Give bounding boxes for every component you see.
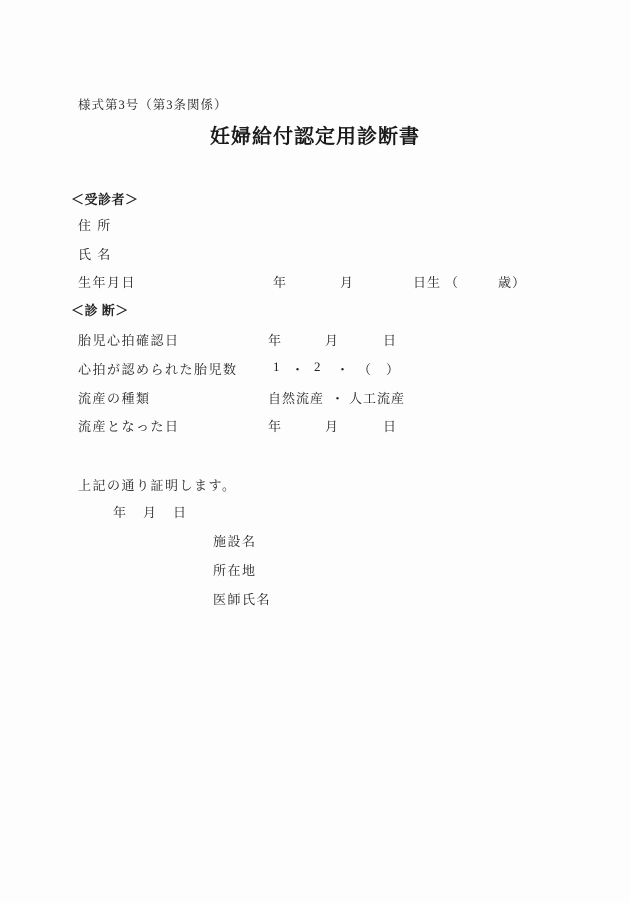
document-title: 妊婦給付認定用診断書 [0, 120, 630, 149]
row-certify-date: 年 月 日 [0, 502, 630, 518]
birthdate-dayborn-unit: 日生 [413, 272, 441, 291]
certify-day-unit: 日 [173, 502, 187, 521]
row-facility: 施設名 [0, 531, 630, 547]
section-heading-patient: ＜受診者＞ [71, 189, 139, 208]
section-heading-patient-line: ＜受診者＞ [0, 189, 630, 205]
miscarriage-type-label: 流産の種類 [78, 388, 151, 407]
form-number-line: 様式第3号（第3条関係） [0, 95, 630, 111]
location-label: 所在地 [213, 560, 257, 579]
row-certify-statement: 上記の通り証明します。 [0, 475, 630, 491]
age-paren-open: （ [445, 272, 459, 291]
miscarriage-type-separator: ・ [331, 388, 345, 407]
row-doctor: 医師氏名 [0, 589, 630, 605]
miscarriage-day-unit: 日 [383, 416, 397, 435]
birthdate-label: 生年月日 [78, 272, 136, 291]
fetus-count-separator-2: ・ [336, 359, 350, 378]
certify-year-unit: 年 [113, 502, 127, 521]
row-heartbeat-date: 胎児心拍確認日 年 月 日 [0, 330, 630, 346]
section-heading-diagnosis-line: ＜診 断＞ [0, 300, 630, 316]
miscarriage-type-induced: 人工流産 [349, 388, 405, 407]
miscarriage-date-label: 流産となった日 [78, 416, 180, 435]
row-miscarriage-date: 流産となった日 年 月 日 [0, 416, 630, 432]
miscarriage-month-unit: 月 [325, 416, 339, 435]
certify-statement: 上記の通り証明します。 [78, 475, 236, 494]
row-fetus-count: 心拍が認められた胎児数 1 ・ 2 ・ （ ） [0, 359, 630, 375]
heartbeat-year-unit: 年 [268, 330, 282, 349]
fetus-count-option-one: 1 [273, 359, 281, 375]
miscarriage-year-unit: 年 [268, 416, 282, 435]
fetus-count-paren-open: （ [358, 359, 372, 378]
row-location: 所在地 [0, 560, 630, 576]
certify-month-unit: 月 [143, 502, 157, 521]
fetus-count-label: 心拍が認められた胎児数 [78, 359, 238, 378]
row-birthdate: 生年月日 年 月 日生 （ 歳） [0, 272, 630, 288]
row-address: 住 所 [0, 215, 630, 231]
age-unit-paren-close: 歳） [498, 272, 526, 291]
fetus-count-separator-1: ・ [291, 359, 305, 378]
heartbeat-month-unit: 月 [325, 330, 339, 349]
miscarriage-type-natural: 自然流産 [268, 388, 324, 407]
heartbeat-date-label: 胎児心拍確認日 [78, 330, 180, 349]
facility-label: 施設名 [213, 531, 257, 550]
address-label: 住 所 [78, 215, 112, 234]
birthdate-month-unit: 月 [340, 272, 354, 291]
name-label: 氏 名 [78, 244, 112, 263]
fetus-count-paren-close: ） [386, 359, 400, 378]
section-heading-diagnosis: ＜診 断＞ [71, 300, 129, 319]
document-page: 様式第3号（第3条関係） 妊婦給付認定用診断書 ＜受診者＞ 住 所 氏 名 生年… [0, 0, 630, 903]
doctor-label: 医師氏名 [213, 589, 271, 608]
fetus-count-option-two: 2 [314, 359, 322, 375]
heartbeat-day-unit: 日 [383, 330, 397, 349]
birthdate-year-unit: 年 [273, 272, 287, 291]
row-name: 氏 名 [0, 244, 630, 260]
form-number: 様式第3号（第3条関係） [78, 95, 228, 113]
row-miscarriage-type: 流産の種類 自然流産 ・ 人工流産 [0, 388, 630, 404]
